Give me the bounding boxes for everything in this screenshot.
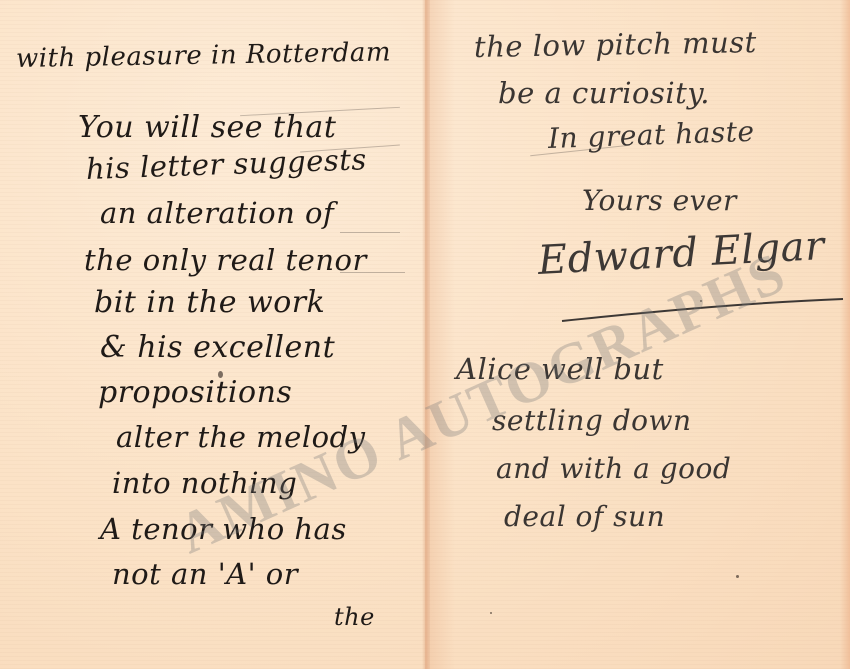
letter-line: the low pitch must	[474, 25, 757, 64]
ink-speck	[700, 300, 702, 302]
letter-line: not an 'A' or	[112, 557, 298, 591]
letter-line: bit in the work	[94, 285, 325, 320]
letter-line: A tenor who has	[100, 512, 347, 546]
postscript-line: and with a good	[496, 452, 731, 485]
letter-line: be a curiosity.	[498, 76, 710, 110]
ink-stroke	[340, 232, 400, 233]
ink-speck	[218, 371, 223, 378]
postscript-line: settling down	[492, 404, 692, 437]
center-fold	[422, 0, 430, 669]
letter-sheet: with pleasure in Rotterdam You will see …	[0, 0, 850, 669]
postscript-line: Alice well but	[456, 352, 664, 386]
paper-edge	[840, 0, 850, 669]
ink-speck	[736, 575, 739, 578]
letter-line: You will see that	[78, 110, 336, 145]
ink-speck	[490, 612, 492, 614]
letter-catchword: the	[334, 603, 375, 631]
letter-line: & his excellent	[100, 330, 335, 365]
letter-line: propositions	[98, 375, 292, 410]
letter-line: the only real tenor	[84, 243, 367, 277]
closing-line: Yours ever	[582, 184, 737, 217]
letter-line: an alteration of	[100, 196, 334, 230]
signature-flourish	[560, 295, 845, 325]
postscript-line: deal of sun	[504, 500, 665, 533]
letter-line: into nothing	[112, 466, 297, 500]
letter-line: alter the melody	[116, 420, 366, 454]
